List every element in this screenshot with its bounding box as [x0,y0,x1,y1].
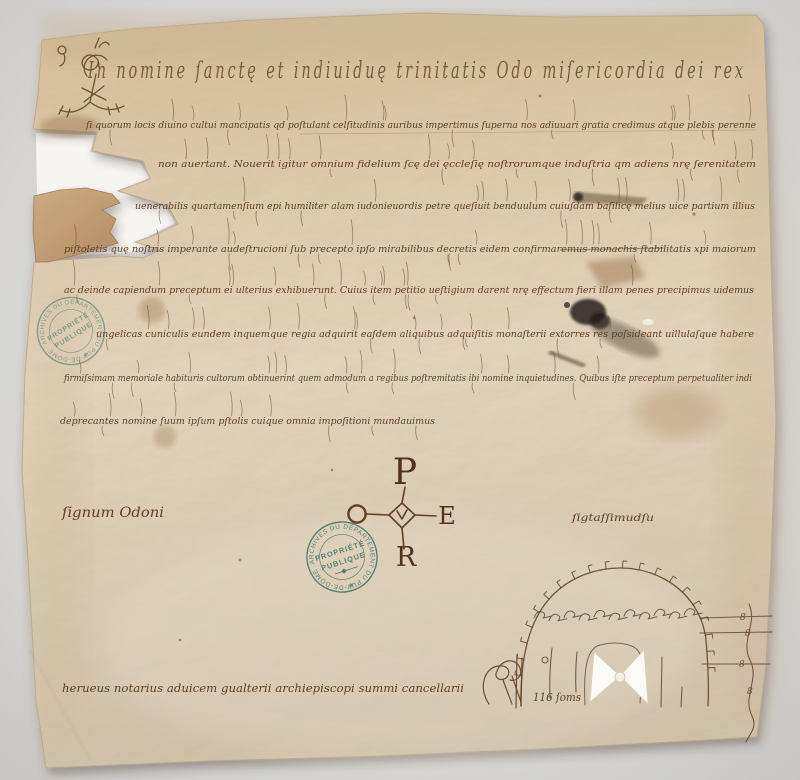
surface-abrasion [642,319,654,325]
script-line-text: piſtoletis quę noſtris imperante audeſtr… [64,244,756,255]
notarial-line-text: herueus notarius aduicem gualterii archi… [62,681,464,695]
monogram-letter-p: P [393,452,417,493]
script-line-text: ungelicas cuniculis eundem inquemque reg… [96,329,754,340]
script-line-text: firmiſsimam memoriale habituris cultorum… [63,373,752,384]
royal-subscription-text: ſigtaſſimudſu [571,513,654,524]
charter-canvas: In nomine ſanctę et indiuiduę trinitatis… [0,0,800,780]
svg-text:8: 8 [739,660,745,670]
stain-tan-right [636,386,720,438]
opening-line-elongata: In nomine ſanctę et indiuiduę trinitatis… [87,57,746,84]
svg-text:8: 8 [740,613,746,623]
signum-odonis-text: ſignum Odoni [61,505,164,521]
stain-round-left [139,297,165,323]
monogram-letter-e: E [438,502,456,530]
photograph-of-charter: In nomine ſanctę et indiuiduę trinitatis… [0,0,800,780]
script-line-text: non auertant. Nouerit igitur omnium fide… [158,159,756,170]
svg-text:8: 8 [745,629,751,639]
date-fragment-text: 116 ſoms [533,691,581,704]
svg-text:8: 8 [747,687,753,697]
script-line-text: ſi quorum locis diuino cultui mancipatis… [85,120,756,131]
script-line-text: ac deinde capiendum preceptum ei ulteriu… [64,285,754,296]
script-line-text: deprecantes nomine ſuum ipſum pſtolis cu… [60,416,435,427]
monogram-letter-r: R [396,542,417,573]
script-line-text: In nomine ſanctę et indiuiduę trinitatis… [87,57,746,84]
script-line-text: uenerabilis quartamenſium epi humiliter … [135,201,755,212]
stain-round-left-2 [154,426,176,448]
